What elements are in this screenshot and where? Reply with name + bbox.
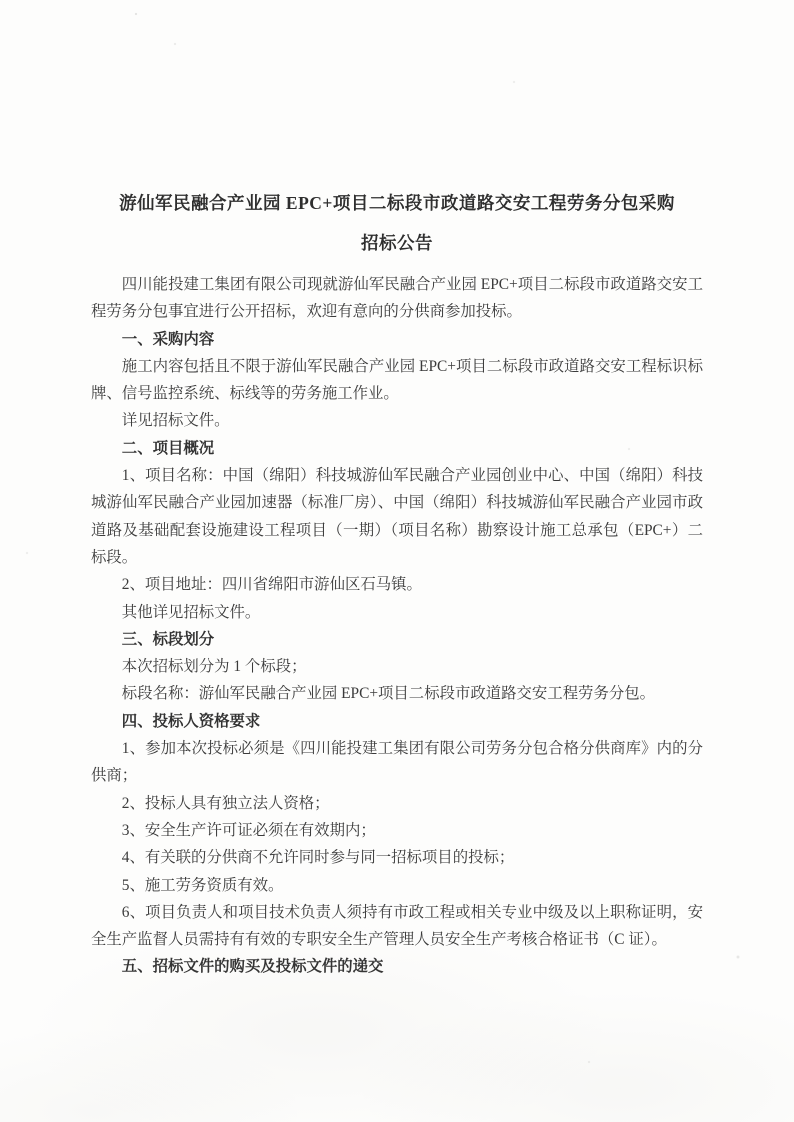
document-title-line2: 招标公告	[91, 223, 703, 263]
paragraph-see-tender-docs: 详见招标文件。	[91, 407, 703, 434]
paragraph-lot-count: 本次招标划分为 1 个标段；	[91, 653, 703, 680]
paragraph-qualification-5: 5、施工劳务资质有效。	[91, 872, 703, 899]
document-title: 游仙军民融合产业园 EPC+项目二标段市政道路交安工程劳务分包采购 招标公告	[91, 183, 703, 263]
section-heading-5-document-purchase-submission: 五、招标文件的购买及投标文件的递交	[91, 953, 703, 980]
paragraph-other-details: 其他详见招标文件。	[91, 599, 703, 626]
paragraph-qualification-2: 2、投标人具有独立法人资格；	[91, 790, 703, 817]
intro-paragraph: 四川能投建工集团有限公司现就游仙军民融合产业园 EPC+项目二标段市政道路交安工…	[91, 271, 703, 326]
paragraph-qualification-1: 1、参加本次投标必须是《四川能投建工集团有限公司劳务分包合格分供商库》内的分供商…	[91, 735, 703, 790]
section-heading-2-project-overview: 二、项目概况	[91, 435, 703, 462]
paragraph-project-name: 1、项目名称：中国（绵阳）科技城游仙军民融合产业园创业中心、中国（绵阳）科技城游…	[91, 462, 703, 571]
scanned-document-page: 游仙军民融合产业园 EPC+项目二标段市政道路交安工程劳务分包采购 招标公告 四…	[0, 0, 794, 1122]
section-heading-3-lot-division: 三、标段划分	[91, 626, 703, 653]
paragraph-qualification-3: 3、安全生产许可证必须在有效期内；	[91, 817, 703, 844]
document-body: 四川能投建工集团有限公司现就游仙军民融合产业园 EPC+项目二标段市政道路交安工…	[91, 271, 703, 981]
section-heading-1-procurement-content: 一、采购内容	[91, 326, 703, 353]
paragraph-construction-scope: 施工内容包括且不限于游仙军民融合产业园 EPC+项目二标段市政道路交安工程标识标…	[91, 353, 703, 408]
paragraph-qualification-6: 6、项目负责人和项目技术负责人须持有市政工程或相关专业中级及以上职称证明，安全生…	[91, 899, 703, 954]
paragraph-qualification-4: 4、有关联的分供商不允许同时参与同一招标项目的投标；	[91, 844, 703, 871]
section-heading-4-bidder-qualifications: 四、投标人资格要求	[91, 708, 703, 735]
paragraph-lot-name: 标段名称：游仙军民融合产业园 EPC+项目二标段市政道路交安工程劳务分包。	[91, 680, 703, 707]
paragraph-project-address: 2、项目地址：四川省绵阳市游仙区石马镇。	[91, 571, 703, 598]
document-title-line1: 游仙军民融合产业园 EPC+项目二标段市政道路交安工程劳务分包采购	[91, 183, 703, 223]
